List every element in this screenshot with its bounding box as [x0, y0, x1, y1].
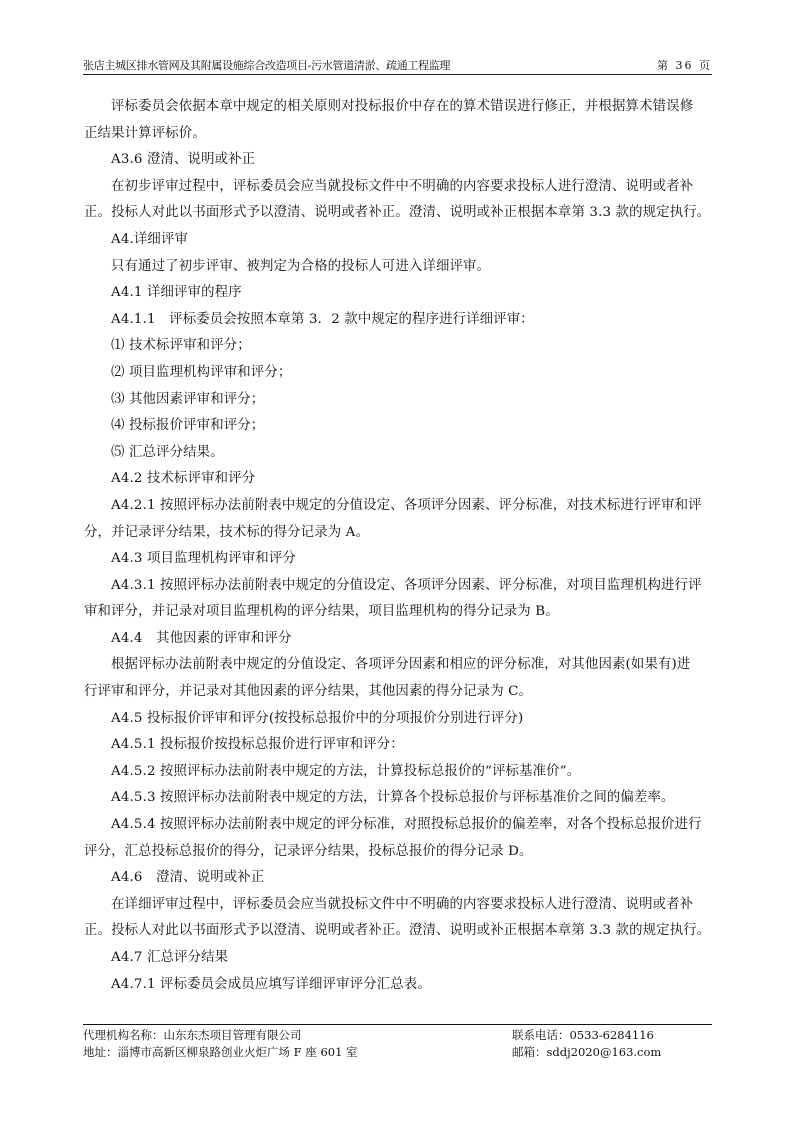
section-heading: A4.详细评审: [84, 227, 712, 254]
paragraph-line: A4.7.1 评标委员会成员应填写详细评审评分汇总表。: [84, 972, 712, 999]
document-body: 评标委员会依据本章中规定的相关原则对投标报价中存在的算术错误进行修正，并根据算术…: [84, 94, 712, 998]
paragraph-line: A4.5.4 按照评标办法前附表中规定的评分标准，对照投标总报价的偏差率，对各个…: [84, 812, 712, 839]
paragraph-line: 正结果计算评标价。: [84, 121, 712, 148]
paragraph-line: 正。投标人对此以书面形式予以澄清、说明或者补正。澄清、说明或补正根据本章第 3.…: [84, 918, 712, 945]
section-heading: A4.4 其他因素的评审和评分: [84, 626, 712, 653]
footer-row-2: 地址：淄博市高新区柳泉路创业火炬广场 F 座 601 室 邮箱：sddj2020…: [83, 1044, 712, 1061]
list-item: ⑵ 项目监理机构评审和评分；: [84, 360, 712, 387]
page-footer: 代理机构名称：山东东杰项目管理有限公司 联系电话：0533-6284116 地址…: [83, 1024, 712, 1061]
paragraph-line: 只有通过了初步评审、被判定为合格的投标人可进入详细评审。: [84, 254, 712, 281]
paragraph-line: A4.5.3 按照评标办法前附表中规定的方法，计算各个投标总报价与评标基准价之间…: [84, 785, 712, 812]
section-heading: A3.6 澄清、说明或补正: [84, 147, 712, 174]
paragraph-line: 在初步评审过程中，评标委员会应当就投标文件中不明确的内容要求投标人进行澄清、说明…: [84, 174, 712, 201]
list-item: ⑸ 汇总评分结果。: [84, 440, 712, 467]
paragraph-line: 评分，汇总投标总报价的得分，记录评分结果，投标总报价的得分记录 D。: [84, 839, 712, 866]
paragraph-line: A4.5.2 按照评标办法前附表中规定的方法，计算投标总报价的“评标基准价”。: [84, 759, 712, 786]
contact-email: 邮箱：sddj2020@163.com: [512, 1044, 712, 1061]
section-heading: A4.2 技术标评审和评分: [84, 466, 712, 493]
page-header: 张店主城区排水管网及其附属设施综合改造项目-污水管道清淤、疏通工程监理 第 36…: [83, 57, 712, 75]
list-item: ⑶ 其他因素评审和评分；: [84, 387, 712, 414]
document-title: 张店主城区排水管网及其附属设施综合改造项目-污水管道清淤、疏通工程监理: [83, 58, 450, 74]
paragraph-line: A4.2.1 按照评标办法前附表中规定的分值设定、各项评分因素、评分标准，对技术…: [84, 493, 712, 520]
section-heading: A4.1 详细评审的程序: [84, 280, 712, 307]
paragraph-line: A4.5.1 投标报价按投标总报价进行评审和评分：: [84, 732, 712, 759]
paragraph-line: A4.3.1 按照评标办法前附表中规定的分值设定、各项评分因素、评分标准，对项目…: [84, 573, 712, 600]
paragraph-line: 分，并记录评分结果，技术标的得分记录为 A。: [84, 520, 712, 547]
paragraph-line: 根据评标办法前附表中规定的分值设定、各项评分因素和相应的评分标准，对其他因素(如…: [84, 652, 712, 679]
section-heading: A4.5 投标报价评审和评分(按投标总报价中的分项报价分别进行评分): [84, 706, 712, 733]
agency-address: 地址：淄博市高新区柳泉路创业火炬广场 F 座 601 室: [83, 1044, 358, 1061]
paragraph-line: 在详细评审过程中，评标委员会应当就投标文件中不明确的内容要求投标人进行澄清、说明…: [84, 892, 712, 919]
paragraph-line: 行评审和评分，并记录对其他因素的评分结果，其他因素的得分记录为 C。: [84, 679, 712, 706]
footer-row-1: 代理机构名称：山东东杰项目管理有限公司 联系电话：0533-6284116: [83, 1027, 712, 1044]
paragraph-line: 审和评分，并记录对项目监理机构的评分结果，项目监理机构的得分记录为 B。: [84, 599, 712, 626]
list-item: ⑷ 投标报价评审和评分；: [84, 413, 712, 440]
list-item: ⑴ 技术标评审和评分；: [84, 333, 712, 360]
contact-phone: 联系电话：0533-6284116: [512, 1027, 712, 1044]
section-heading: A4.3 项目监理机构评审和评分: [84, 546, 712, 573]
paragraph-line: 正。投标人对此以书面形式予以澄清、说明或者补正。澄清、说明或补正根据本章第 3.…: [84, 200, 712, 227]
section-heading: A4.6 澄清、说明或补正: [84, 865, 712, 892]
section-heading: A4.1.1 评标委员会按照本章第 3．2 款中规定的程序进行详细评审：: [84, 307, 712, 334]
section-heading: A4.7 汇总评分结果: [84, 945, 712, 972]
agency-name: 代理机构名称：山东东杰项目管理有限公司: [83, 1027, 302, 1044]
page-number: 第 36 页: [657, 58, 712, 74]
paragraph-line: 评标委员会依据本章中规定的相关原则对投标报价中存在的算术错误进行修正，并根据算术…: [84, 94, 712, 121]
